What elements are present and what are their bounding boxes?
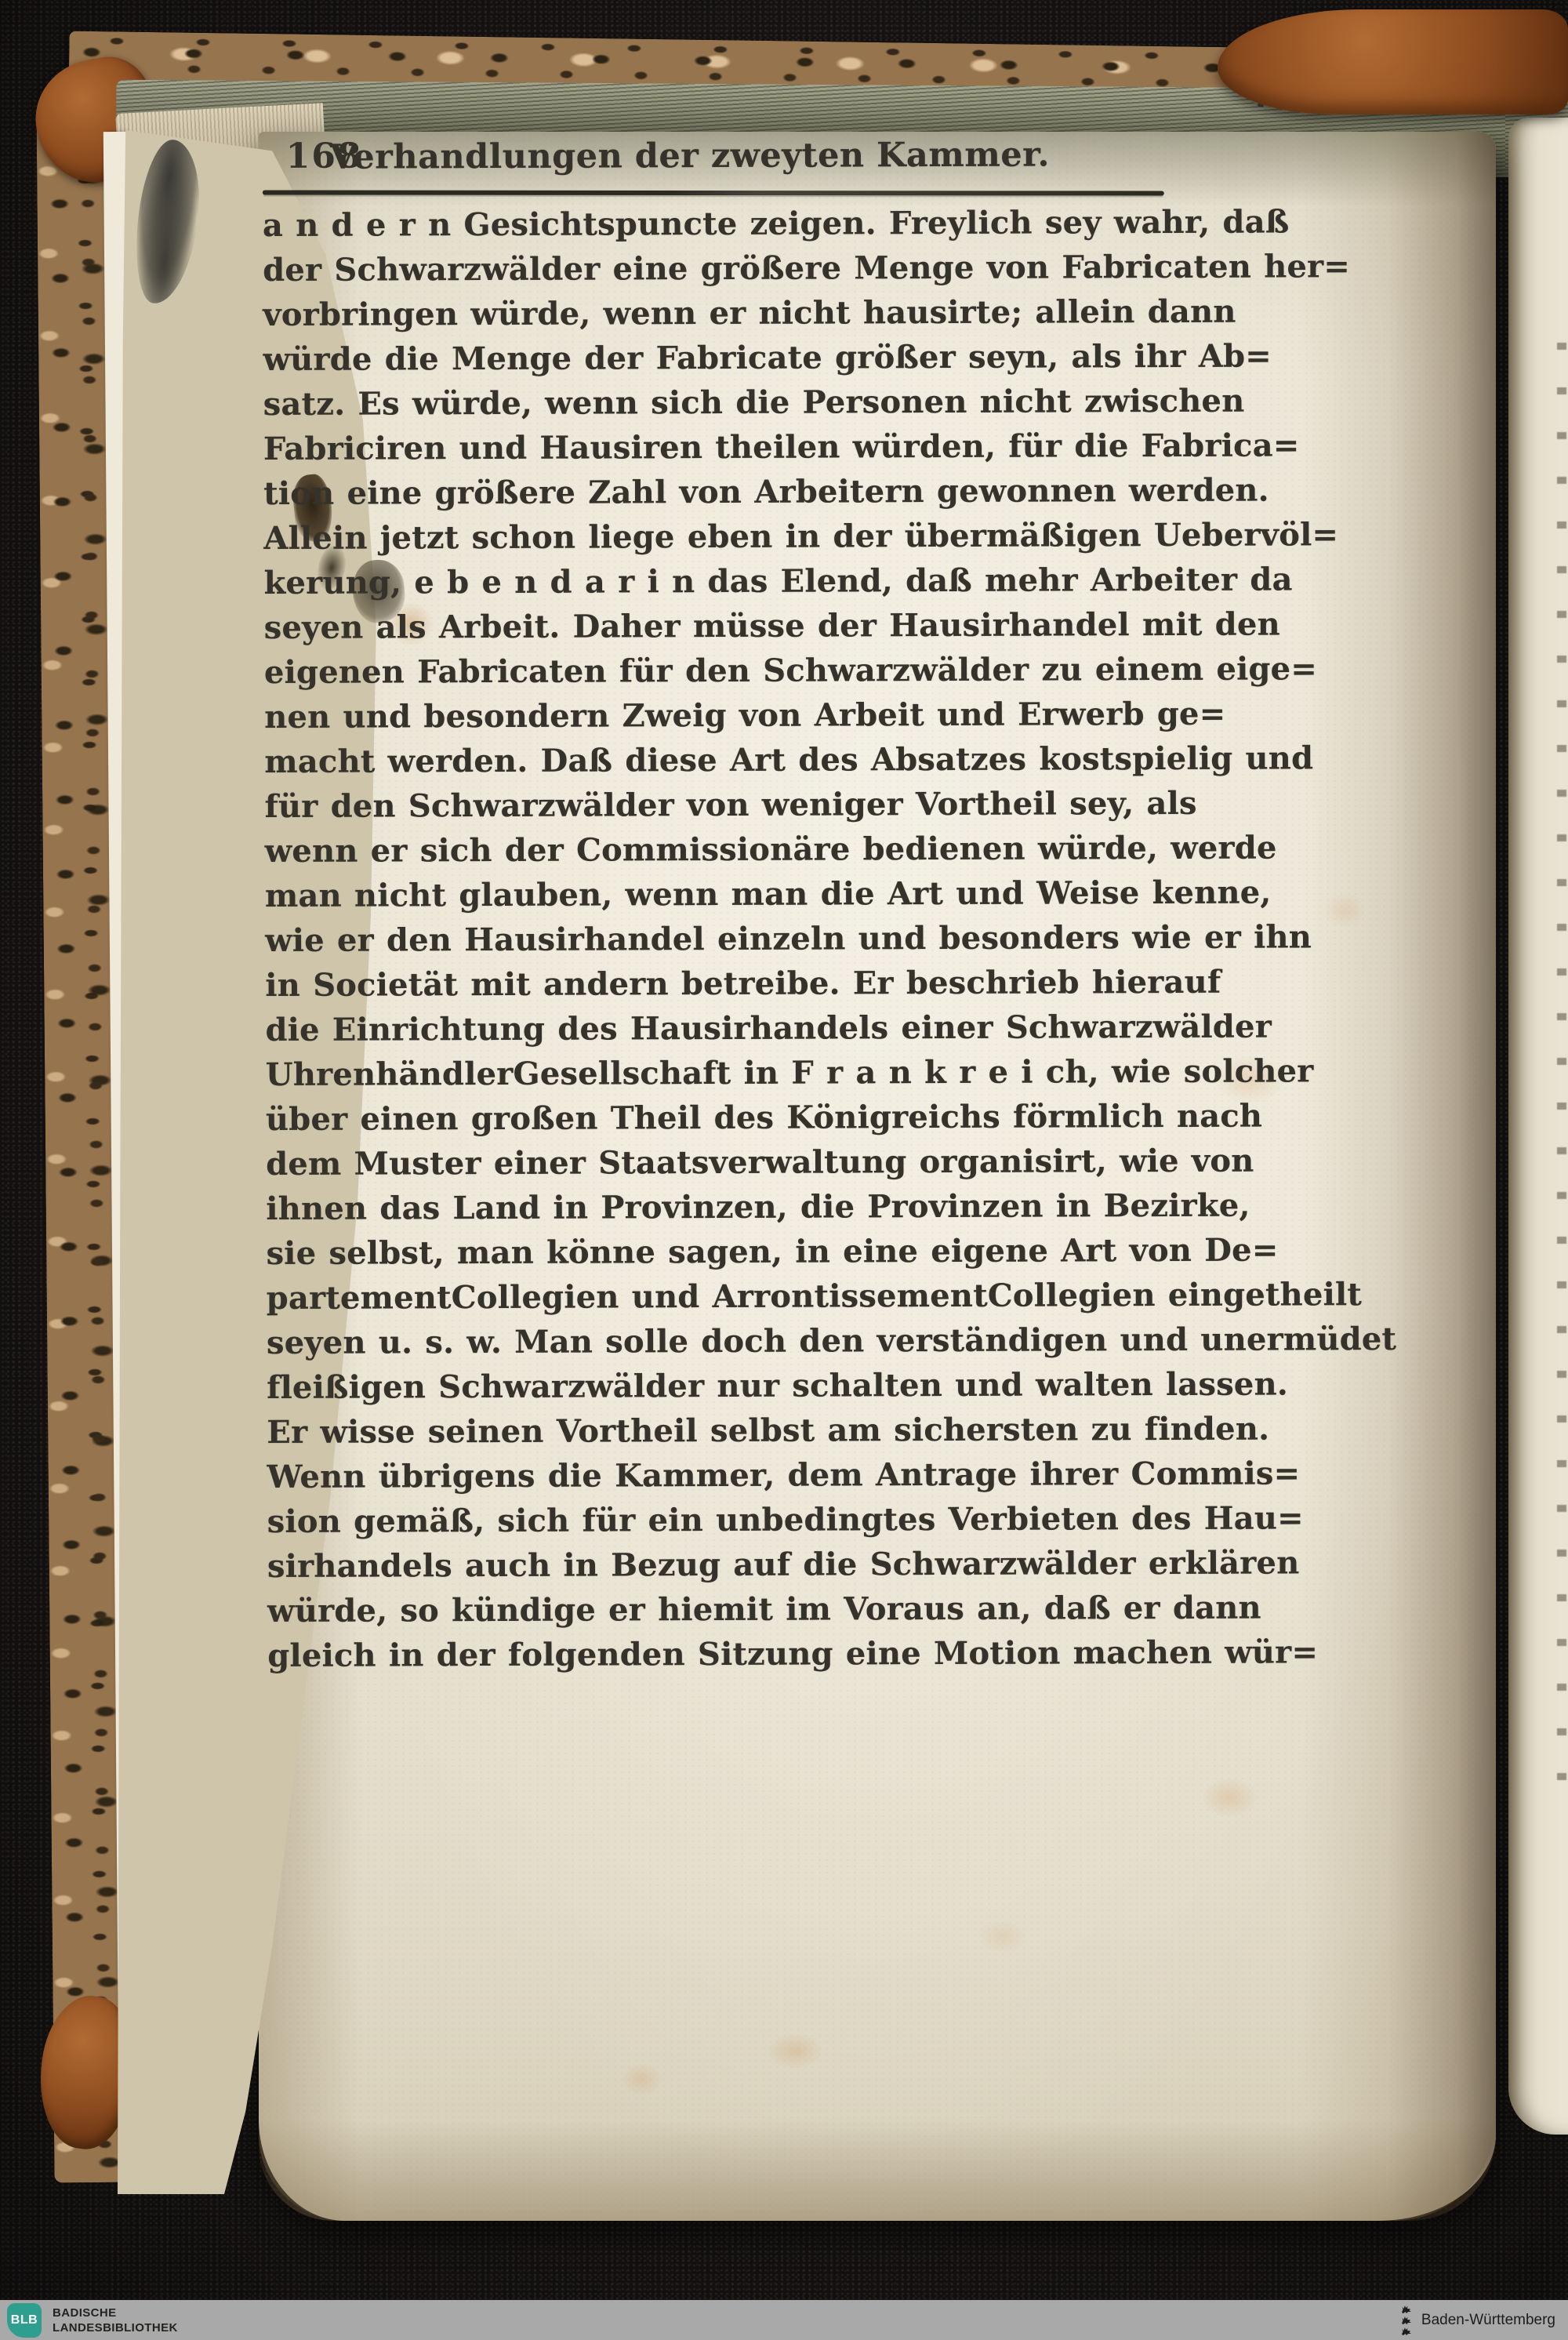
text-line: partementCollegien und ArrontissementCol…: [267, 1273, 1168, 1321]
text-line: macht werden. Daß diese Art des Absatzes…: [264, 736, 1166, 784]
library-name-line1: BADISCHE: [53, 2305, 178, 2320]
text-line: man nicht glauben, wenn man die Art und …: [265, 870, 1167, 918]
text-line: kerung, e b e n d a r i n das Elend, daß…: [263, 558, 1165, 605]
library-name: BADISCHE LANDESBIBLIOTHEK: [53, 2305, 178, 2335]
text-line: nen und besondern Zweig von Arbeit und E…: [264, 692, 1166, 739]
blb-logo-text: BLB: [11, 2313, 38, 2327]
bw-coat-of-arms-icon: [1400, 2304, 1414, 2336]
text-line: in Societät mit andern betreibe. Er besc…: [265, 960, 1167, 1008]
text-line: wie er den Hausirhandel einzeln und beso…: [265, 915, 1167, 963]
state-branding: Baden-Württemberg: [1400, 2304, 1555, 2336]
page-header: 168 Verhandlungen der zweyten Kammer.: [263, 133, 1164, 185]
text-line: tion eine größere Zahl von Arbeitern gew…: [263, 468, 1165, 516]
text-line: vorbringen würde, wenn er nicht hausirte…: [263, 289, 1164, 337]
text-line: seyen als Arbeit. Daher müsse der Hausir…: [264, 602, 1166, 650]
text-line: seyen u. s. w. Man solle doch den verstä…: [267, 1317, 1168, 1365]
text-line: sion gemäß, sich für ein unbedingtes Ver…: [267, 1496, 1169, 1544]
text-line: der Schwarzwälder eine größere Menge von…: [263, 245, 1164, 292]
leather-spine-headcap: [1218, 9, 1568, 114]
text-line: Wenn übrigens die Kammer, dem Antrage ih…: [267, 1452, 1168, 1499]
printed-text-block: 168 Verhandlungen der zweyten Kammer. a …: [263, 133, 1170, 1678]
text-line: wenn er sich der Commissionäre bedienen …: [265, 826, 1167, 874]
text-line: fleißigen Schwarzwälder nur schalten und…: [267, 1362, 1168, 1410]
library-name-line2: LANDESBIBLIOTHEK: [53, 2320, 178, 2335]
text-line: a n d e r n Gesichtspuncte zeigen. Freyl…: [263, 200, 1164, 248]
text-line: über einen großen Theil des Königreichs …: [266, 1094, 1167, 1142]
text-line: für den Schwarzwälder von weniger Vorthe…: [264, 781, 1166, 829]
text-line: eigenen Fabricaten für den Schwarzwälder…: [264, 647, 1166, 695]
text-line: UhrenhändlerGesellschaft in F r a n k r …: [266, 1049, 1167, 1097]
text-line: dem Muster einer Staatsverwaltung organi…: [266, 1139, 1167, 1186]
text-line: die Einrichtung des Hausirhandels einer …: [265, 1005, 1167, 1052]
text-line: sie selbst, man könne sagen, in eine eig…: [266, 1228, 1167, 1276]
header-rule: [263, 191, 1164, 196]
text-line: würde die Menge der Fabricate größer sey…: [263, 334, 1164, 382]
page-shadow-gutter: [1300, 132, 1496, 2221]
facing-page-text-fragments: [1557, 337, 1566, 1780]
text-line: Allein jetzt schon liege eben in der übe…: [263, 513, 1165, 561]
text-line: Fabriciren und Hausiren theilen würden, …: [263, 423, 1165, 471]
body-text: a n d e r n Gesichtspuncte zeigen. Freyl…: [263, 200, 1170, 1678]
viewer-footer-bar: BLB BADISCHE LANDESBIBLIOTHEK Baden-Würt…: [0, 2300, 1568, 2340]
blb-logo: BLB: [7, 2303, 42, 2338]
text-line: gleich in der folgenden Sitzung eine Mot…: [267, 1630, 1169, 1678]
text-line: ihnen das Land in Provinzen, die Provinz…: [266, 1183, 1167, 1231]
text-line: sirhandels auch in Bezug auf die Schwarz…: [267, 1541, 1169, 1589]
text-line: satz. Es würde, wenn sich die Personen n…: [263, 379, 1165, 427]
running-title: Verhandlungen der zweyten Kammer.: [263, 135, 1117, 177]
text-line: würde, so kündige er hiemit im Voraus an…: [267, 1586, 1169, 1633]
state-name: Baden-Württemberg: [1421, 2312, 1555, 2329]
text-line: Er wisse seinen Vortheil selbst am siche…: [267, 1407, 1168, 1455]
page-shadow-bottom: [259, 2119, 1496, 2221]
